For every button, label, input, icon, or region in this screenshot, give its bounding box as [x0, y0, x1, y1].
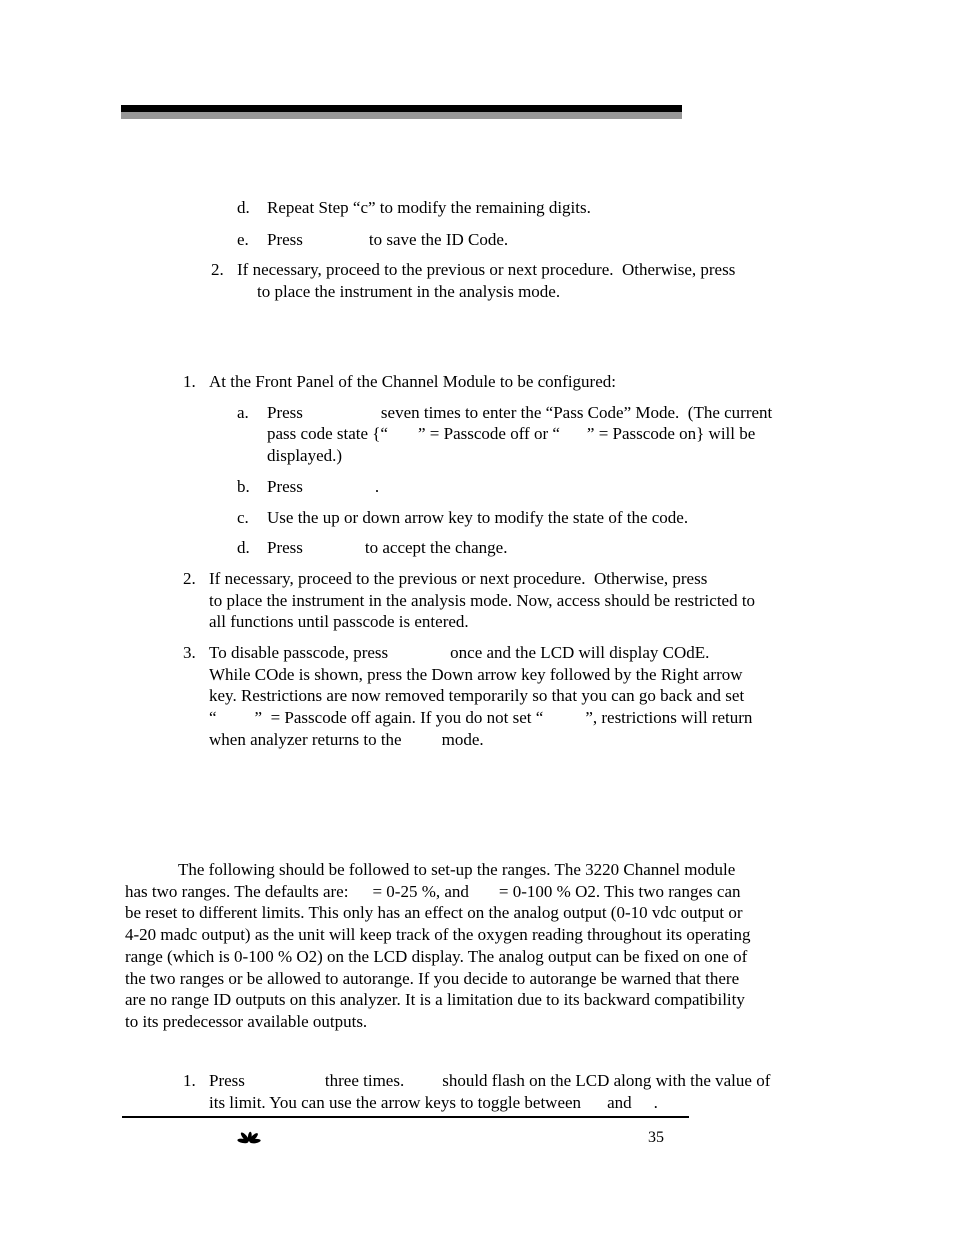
list-item: 1. Pressthree times.should flash on the … [183, 1070, 883, 1113]
key-image-placeholder [388, 657, 450, 658]
section-passcode-steps: 1. At the Front Panel of the Channel Mod… [183, 371, 883, 760]
text-run: key. Restrictions are now removed tempor… [209, 686, 744, 705]
list-item: d. Pressto accept the change. [237, 537, 883, 559]
key-image-placeholder [303, 417, 381, 418]
text-run: The following should be followed to set-… [178, 860, 735, 879]
text-run: Press [267, 230, 303, 249]
text-run: If necessary, proceed to the previous or… [237, 260, 735, 279]
text-run: If necessary, proceed to the previous or… [209, 569, 707, 588]
text-run: = 0-100 % O2. This two ranges can [499, 882, 741, 901]
list-marker: d. [237, 537, 267, 559]
list-marker: c. [237, 507, 267, 529]
text-run: to place the instrument in the analysis … [257, 282, 560, 301]
text-run: to place the instrument in the analysis … [209, 591, 755, 610]
text-run: once and the LCD will display COdE. [450, 643, 709, 662]
text-run: all functions until passcode is entered. [209, 612, 469, 631]
header-rule-black [121, 105, 682, 112]
list-item: 1. At the Front Panel of the Channel Mod… [183, 371, 883, 393]
key-image-placeholder [388, 438, 418, 439]
section-id-code-steps: d. Repeat Step “c” to modify the remaini… [211, 197, 891, 312]
text-run: pass code state {“ [267, 424, 388, 443]
key-image-placeholder [543, 722, 585, 723]
list-item: c. Use the up or down arrow key to modif… [237, 507, 883, 529]
text-run: Repeat Step “c” to modify the remaining … [267, 198, 591, 217]
key-image-placeholder [303, 552, 365, 553]
list-item: a. Pressseven times to enter the “Pass C… [237, 402, 883, 467]
key-image-placeholder [303, 244, 369, 245]
list-marker: e. [237, 229, 267, 251]
text-run: and [607, 1093, 632, 1112]
ranges-paragraph: The following should be followed to set-… [125, 859, 885, 1033]
text-run: to save the ID Code. [369, 230, 508, 249]
text-run: its limit. You can use the arrow keys to… [209, 1093, 581, 1112]
key-image-placeholder [217, 722, 255, 723]
list-item: e. Pressto save the ID Code. [237, 229, 891, 251]
text-run: ” = Passcode off or “ [418, 424, 560, 443]
list-item: 3. To disable passcode, pressonce and th… [183, 642, 883, 751]
text-run: range (which is 0-100 % O2) on the LCD d… [125, 947, 747, 966]
list-item: d. Repeat Step “c” to modify the remaini… [237, 197, 891, 219]
text-run: Press [267, 477, 303, 496]
text-run: At the Front Panel of the Channel Module… [209, 372, 616, 391]
text-run: Press [209, 1071, 245, 1090]
text-run: To disable passcode, press [209, 643, 388, 662]
text-run: ”, restrictions will return [585, 708, 752, 727]
text-run: “ [209, 708, 217, 727]
text-run: when analyzer returns to the [209, 730, 402, 749]
key-image-placeholder [402, 744, 442, 745]
range-label-placeholder [632, 1107, 654, 1108]
text-run: . [375, 477, 379, 496]
text-run: While COde is shown, press the Down arro… [209, 665, 743, 684]
text-run: be reset to different limits. This only … [125, 903, 743, 922]
text-run: displayed.) [267, 446, 342, 465]
text-run: has two ranges. The defaults are: [125, 882, 348, 901]
text-run: ” = Passcode off again. If you do not se… [255, 708, 544, 727]
range-label-placeholder [348, 896, 372, 897]
list-marker: 1. [183, 1070, 209, 1113]
key-image-placeholder [245, 1085, 325, 1086]
list-item: 2. If necessary, proceed to the previous… [211, 259, 891, 302]
text-run: 4-20 madc output) as the unit will keep … [125, 925, 751, 944]
list-marker: d. [237, 197, 267, 219]
range-label-placeholder [404, 1085, 442, 1086]
footer-rule [122, 1116, 689, 1118]
page-number: 35 [648, 1127, 664, 1149]
text-run: Press [267, 538, 303, 557]
text-run: ” = Passcode on} will be [587, 424, 755, 443]
text-run: Press [267, 403, 303, 422]
list-item: b. Press. [237, 476, 883, 498]
key-image-placeholder [560, 438, 587, 439]
list-marker: b. [237, 476, 267, 498]
list-marker: a. [237, 402, 267, 467]
leaf-cluster-logo-icon [235, 1128, 263, 1146]
text-run: should flash on the LCD along with the v… [442, 1071, 770, 1090]
text-run: mode. [442, 730, 484, 749]
list-marker: 2. [183, 568, 209, 633]
text-run: to its predecessor available outputs. [125, 1012, 367, 1031]
text-run: are no range ID outputs on this analyzer… [125, 990, 745, 1009]
section-range-steps: 1. Pressthree times.should flash on the … [183, 1070, 883, 1122]
list-marker: 3. [183, 642, 209, 751]
text-run: to accept the change. [365, 538, 508, 557]
text-run: three times. [325, 1071, 404, 1090]
list-item: 2. If necessary, proceed to the previous… [183, 568, 883, 633]
header-rule-gray [121, 112, 682, 119]
range-label-placeholder [469, 896, 499, 897]
list-marker: 1. [183, 371, 209, 393]
text-run: Use the up or down arrow key to modify t… [267, 508, 688, 527]
range-label-placeholder [581, 1107, 607, 1108]
text-run: . [654, 1093, 658, 1112]
text-run: seven times to enter the “Pass Code” Mod… [381, 403, 772, 422]
list-marker: 2. [211, 259, 237, 302]
text-run: = 0-25 %, and [372, 882, 468, 901]
key-image-placeholder [303, 491, 375, 492]
document-page: d. Repeat Step “c” to modify the remaini… [0, 0, 954, 1235]
text-run: the two ranges or be allowed to autorang… [125, 969, 739, 988]
